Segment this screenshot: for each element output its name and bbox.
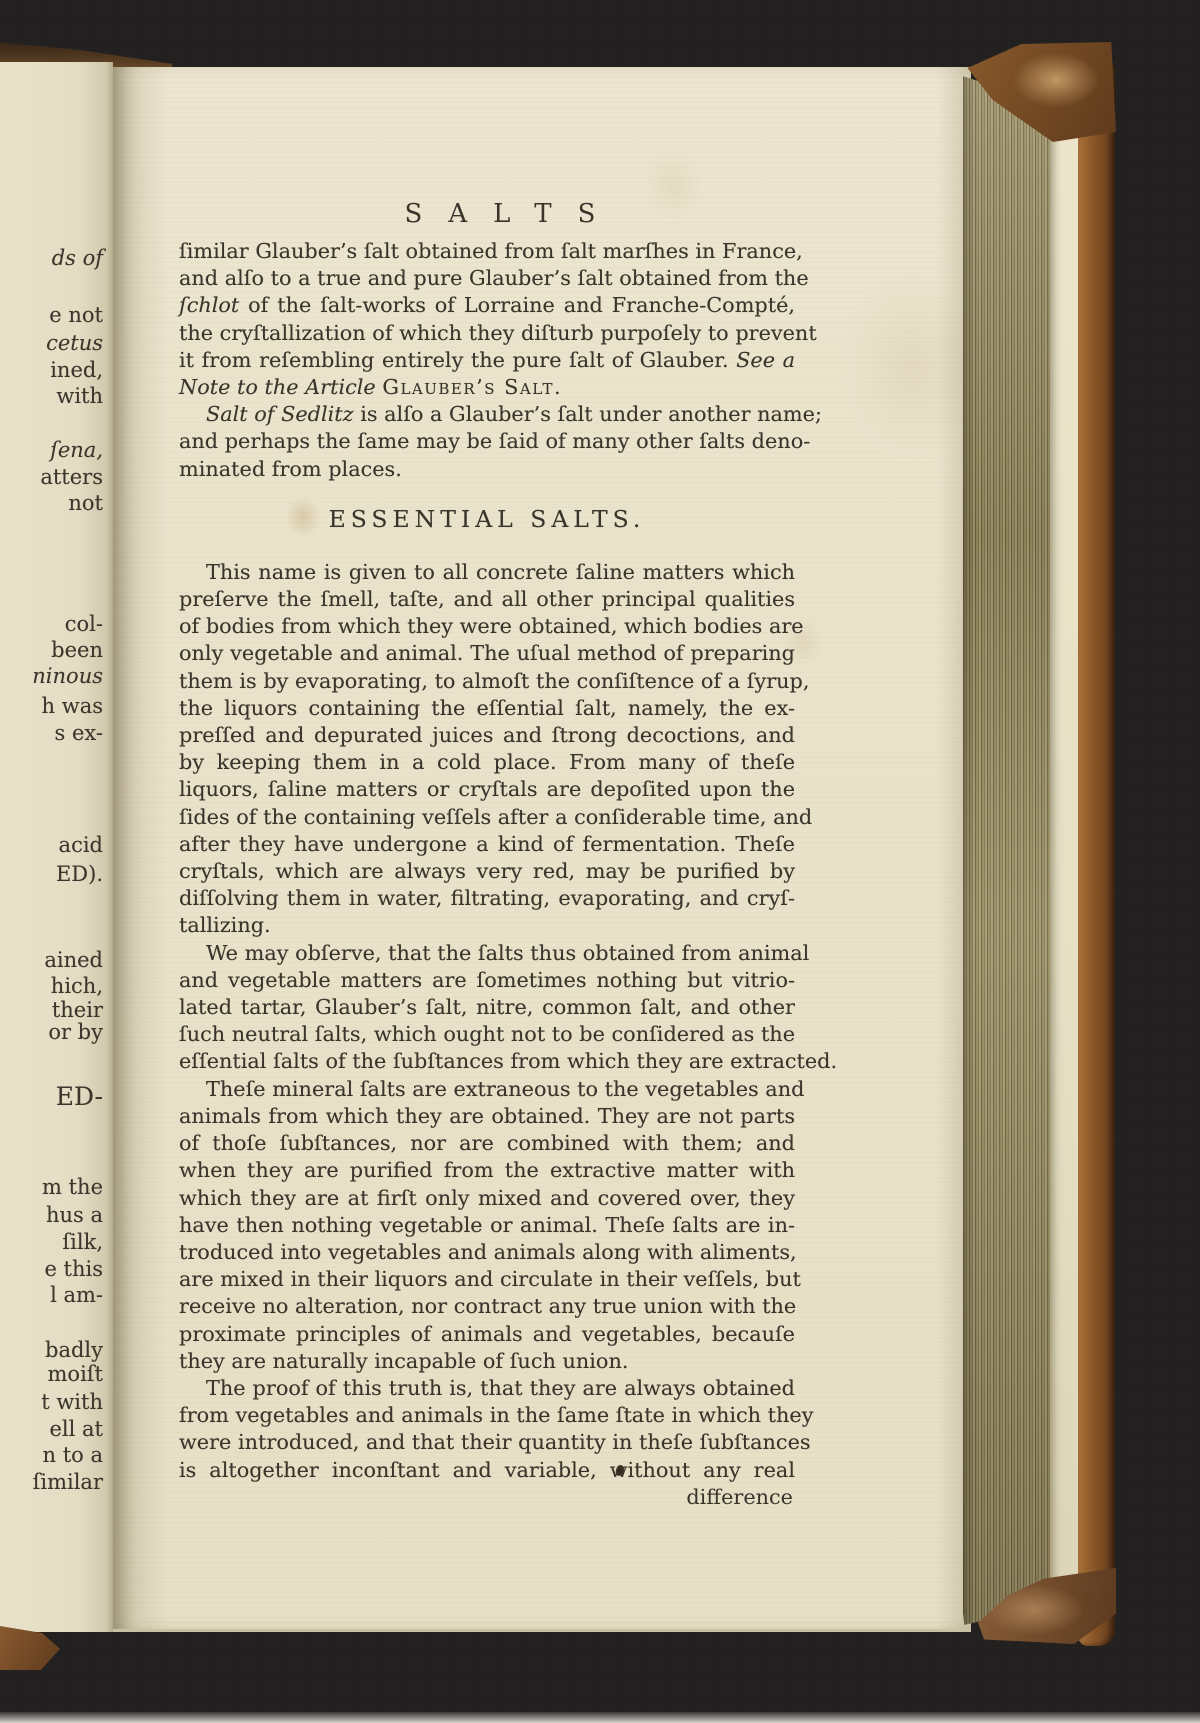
left-page-fragment: or by — [48, 1020, 103, 1044]
text-line: liquors, ſaline matters or cryſtals are … — [179, 776, 795, 803]
text-line: ſchlot of the ſalt-works of Lorraine and… — [179, 292, 795, 319]
text-line: and perhaps the ſame may be ſaid of many… — [179, 428, 795, 455]
text-line: by keeping them in a cold place. From ma… — [179, 749, 795, 776]
left-page-fragment: l am- — [50, 1283, 103, 1307]
text-line: and alſo to a true and pure Glauber’s ſa… — [179, 265, 795, 292]
left-page-fragment: moiſt — [48, 1362, 103, 1386]
paragraph: Theſe mineral ſalts are extraneous to th… — [179, 1076, 795, 1375]
text-line: when they are purified from the extracti… — [179, 1157, 795, 1184]
paragraph: ſimilar Glauber’s ſalt obtained from ſal… — [179, 238, 795, 401]
text-line: of thoſe ſubſtances, nor are combined wi… — [179, 1130, 795, 1157]
left-page-fragment: ninous — [32, 664, 103, 688]
text-line: it from reſembling entirely the pure ſal… — [179, 347, 795, 374]
text-line: proximate principles of animals and vege… — [179, 1321, 795, 1348]
text-line: Theſe mineral ſalts are extraneous to th… — [179, 1076, 795, 1103]
left-page-fragment: ained — [44, 948, 103, 972]
text-line: and vegetable matters are ſometimes noth… — [179, 967, 795, 994]
left-page-fragment: with — [56, 384, 103, 408]
body-text: ſimilar Glauber’s ſalt obtained from ſal… — [179, 238, 795, 1484]
text-line: minated from places. — [179, 456, 795, 483]
text-line: are mixed in their liquors and circulate… — [179, 1266, 795, 1293]
left-page-fragment: badly — [45, 1338, 103, 1362]
left-page-fragment: ED- — [56, 1085, 103, 1109]
text-line: preſerve the ſmell, taſte, and all other… — [179, 586, 795, 613]
book-cover-right-edge — [1078, 56, 1115, 1646]
text-line: have then nothing vegetable or animal. T… — [179, 1212, 795, 1239]
text-line: ſimilar Glauber’s ſalt obtained from ſal… — [179, 238, 795, 265]
left-page-fragment: atters — [40, 465, 103, 489]
left-page-fragment: ſena, — [50, 438, 103, 462]
left-page-fragment: s ex- — [55, 721, 103, 745]
paragraph: We may obſerve, that the ſalts thus obta… — [179, 940, 795, 1076]
text-line: after they have undergone a kind of ferm… — [179, 831, 795, 858]
text-line: cryſtals, which are always very red, may… — [179, 858, 795, 885]
scan-edge-strip — [0, 1712, 1200, 1723]
paragraph: The proof of this truth is, that they ar… — [179, 1375, 795, 1484]
left-page-fragment: t with — [41, 1390, 103, 1414]
text-line: diſſolving them in water, filtrating, ev… — [179, 885, 795, 912]
left-page-fragment: ſilk, — [62, 1230, 103, 1254]
text-line: Note to the Article Glauber’s Salt. — [179, 374, 795, 401]
left-page-fragment: ſimilar — [33, 1470, 103, 1494]
left-page-fragment: hich, — [51, 974, 103, 998]
left-page-fragment: cetus — [46, 331, 103, 355]
text-line: ſuch neutral ſalts, which ought not to b… — [179, 1021, 795, 1048]
left-page-fragment: col- — [65, 612, 103, 636]
endpaper-edge — [1050, 95, 1080, 1610]
text-line: This name is given to all concrete ſalin… — [179, 559, 795, 586]
left-page-fragment: not — [68, 491, 103, 515]
left-page-fragment: ell at — [50, 1417, 104, 1441]
left-page-fragment: ds of — [52, 246, 103, 270]
text-line: the cryſtallization of which they diſtur… — [179, 320, 795, 347]
left-page-fragment: their — [52, 998, 103, 1022]
text-line: which they are at firſt only mixed and c… — [179, 1185, 795, 1212]
left-page-fragment: hus a — [46, 1203, 103, 1227]
text-line: ſides of the containing veſſels after a … — [179, 804, 795, 831]
text-line: were introduced, and that their quantity… — [179, 1429, 795, 1456]
left-page-fragment: m the — [42, 1175, 103, 1199]
text-column: ſimilar Glauber’s ſalt obtained from ſal… — [179, 238, 795, 1511]
right-page: SALTS ſimilar Glauber’s ſalt obtained fr… — [113, 67, 971, 1629]
left-page-fragment: ined, — [50, 358, 103, 382]
text-line: is altogether inconſtant and variable, w… — [179, 1457, 795, 1484]
book-photo-stage: ds ofe notcetusined,withſena,attersnotco… — [0, 0, 1200, 1723]
text-line: lated tartar, Glauber’s ſalt, nitre, com… — [179, 994, 795, 1021]
text-line: animals from which they are obtained. Th… — [179, 1103, 795, 1130]
text-line: Salt of Sedlitz is alſo a Glauber’s ſalt… — [179, 401, 795, 428]
text-line: they are naturally incapable of ſuch uni… — [179, 1348, 795, 1375]
text-line: from vegetables and animals in the ſame … — [179, 1402, 795, 1429]
text-line: eſſential ſalts of the ſubſtances from w… — [179, 1048, 795, 1075]
text-line: of bodies from which they were obtained,… — [179, 613, 795, 640]
left-page-fragment: n to a — [43, 1443, 103, 1467]
text-line: tallizing. — [179, 912, 795, 939]
text-line: them is by evaporating, to almoſt the co… — [179, 668, 795, 695]
catchword: difference — [179, 1484, 795, 1511]
text-line: We may obſerve, that the ſalts thus obta… — [179, 940, 795, 967]
left-page-fragment: e this — [44, 1257, 103, 1281]
text-line: the liquors containing the eſſential ſal… — [179, 695, 795, 722]
left-page-fragment: ED). — [56, 862, 103, 886]
paragraph: This name is given to all concrete ſalin… — [179, 559, 795, 940]
left-page-fragment: acid — [59, 833, 103, 857]
text-line: only vegetable and animal. The uſual met… — [179, 640, 795, 667]
left-page-edge: ds ofe notcetusined,withſena,attersnotco… — [0, 62, 113, 1632]
fore-edge-pages — [963, 70, 1053, 1628]
book-cover-corner-bottom-left — [0, 1626, 60, 1670]
section-heading: ESSENTIAL SALTS. — [179, 504, 795, 534]
left-page-fragment: been — [51, 638, 103, 662]
left-page-fragment: e not — [49, 303, 103, 327]
running-head: SALTS — [179, 199, 821, 229]
paragraph: Salt of Sedlitz is alſo a Glauber’s ſalt… — [179, 401, 795, 483]
left-page-fragment: h was — [42, 694, 103, 718]
text-line: troduced into vegetables and animals alo… — [179, 1239, 795, 1266]
text-line: The proof of this truth is, that they ar… — [179, 1375, 795, 1402]
text-line: preſſed and depurated juices and ſtrong … — [179, 722, 795, 749]
text-line: receive no alteration, nor contract any … — [179, 1293, 795, 1320]
